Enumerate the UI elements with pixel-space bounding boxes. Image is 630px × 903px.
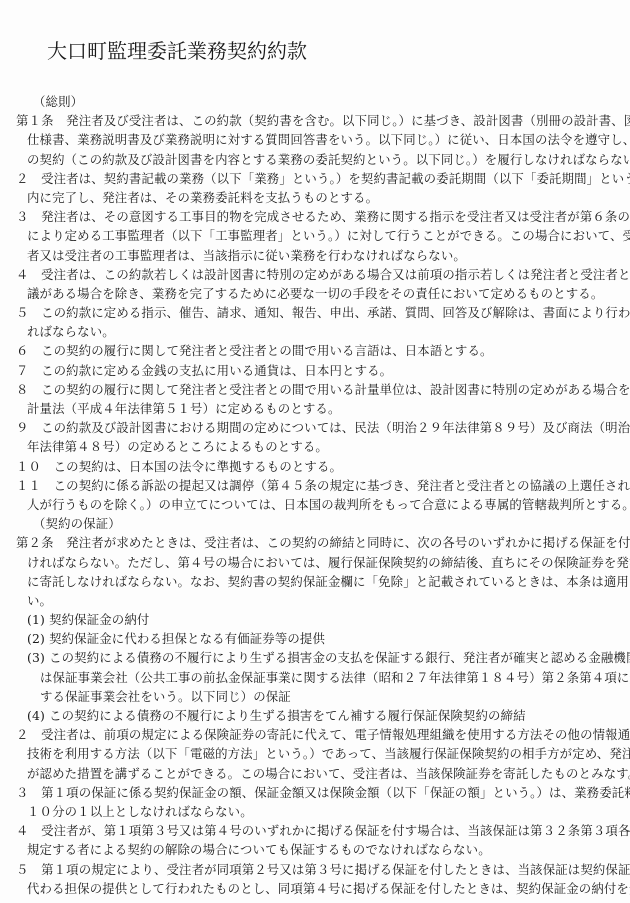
text-line: の契約（この約款及び設計図書を内容とする業務の委託契約という。以下同じ。）を履行… [0,150,630,169]
paragraph-line: ９ この約款及び設計図書における期間の定めについては、民法（明治２９年法律第８９… [0,418,630,437]
text-line: により定める工事監理者（以下「工事監理者」という。）に対して行うことができる。こ… [0,226,630,245]
text-line: １０分の１以上としなければならない。 [0,802,630,821]
text-line: 議がある場合を除き、業務を完了するために必要な一切の手段をその責任において定める… [0,284,630,303]
article-line: 第２条 発注者が求めたときは、受注者は、この契約の締結と同時に、次の各号のいずれ… [0,533,630,552]
paragraph-line: ２ 受注者は、契約書記載の業務（以下「業務」という。）を契約書記載の委託期間（以… [0,169,630,188]
paragraph-line: ５ この約款に定める指示、催告、請求、通知、報告、申出、承諾、質問、回答及び解除… [0,303,630,322]
text-line: 内に完了し、発注者は、その業務委託料を支払うものとする。 [0,188,630,207]
text-line: に寄託しなければならない。なお、契約書の契約保証金欄に「免除」と記載されていると… [0,572,630,591]
paragraph-line: ３ 発注者は、その意図する工事目的物を完成させるため、業務に関する指示を受注者又… [0,207,630,226]
text-line: 代わる担保の提供として行われたものとし、同項第４号に掲げる保証を付したときは、契… [0,879,630,898]
text-line: 規定する者による契約の解除の場合についても保証するものでなければならない。 [0,840,630,859]
list-item-line: (3) この契約による債務の不履行により生ずる損害金の支払を保証する銀行、発注者… [0,648,630,667]
document-body: （総則）第１条 発注者及び受注者は、この約款（契約書を含む。以下同じ。）に基づき… [0,92,630,898]
paragraph-line: ５ 第１項の規定により、受注者が同項第２号又は第３号に掲げる保証を付したときは、… [0,860,630,879]
paragraph-line: １１ この契約に係る訴訟の提起又は調停（第４５条の規定に基づき、発注者と受注者と… [0,476,630,495]
section-heading: （契約の保証） [0,514,630,533]
paragraph-line: ２ 受注者は、前項の規定による保険証券の寄託に代えて、電子情報処理組織を使用する… [0,725,630,744]
text-line: は保証事業会社（公共工事の前払金保証事業に関する法律（昭和２７年法律第１８４号）… [0,668,630,687]
text-line: 仕様書、業務説明書及び業務説明に対する質問回答書をいう。以下同じ。）に従い、日本… [0,130,630,149]
text-line: 年法律第４８号）の定めるところによるものとする。 [0,437,630,456]
document-title: 大口町監理委託業務契約約款 [47,38,307,64]
paragraph-line: １０ この契約は、日本国の法令に準拠するものとする。 [0,457,630,476]
article-line: 第１条 発注者及び受注者は、この約款（契約書を含む。以下同じ。）に基づき、設計図… [0,111,630,130]
list-item-line: (4) この契約による債務の不履行により生ずる損害をてん補する履行保証保険契約の… [0,706,630,725]
list-item-line: (1) 契約保証金の納付 [0,610,630,629]
text-line: する保証事業会社をいう。以下同じ）の保証 [0,687,630,706]
paragraph-line: ６ この契約の履行に関して発注者と受注者との間で用いる言語は、日本語とする。 [0,341,630,360]
text-line: い。 [0,591,630,610]
paragraph-line: ７ この約款に定める金銭の支払に用いる通貨は、日本円とする。 [0,361,630,380]
paragraph-line: ３ 第１項の保証に係る契約保証金の額、保証金額又は保険金額（以下「保証の額」とい… [0,783,630,802]
text-line: 計量法（平成４年法律第５１号）に定めるものとする。 [0,399,630,418]
text-line: が認めた措置を講ずることができる。この場合において、受注者は、当該保険証券を寄託… [0,764,630,783]
text-line: 技術を利用する方法（以下「電磁的方法」という。）であって、当該履行保証保険契約の… [0,744,630,763]
text-line: 人が行うものを除く。）の申立てについては、日本国の裁判所をもって合意による専属的… [0,495,630,514]
text-line: ればならない。 [0,322,630,341]
paragraph-line: ４ 受注者が、第１項第３号又は第４号のいずれかに掲げる保証を付す場合は、当該保証… [0,821,630,840]
document-page: 大口町監理委託業務契約約款 （総則）第１条 発注者及び受注者は、この約款（契約書… [0,0,630,903]
paragraph-line: ４ 受注者は、この約款若しくは設計図書に特別の定めがある場合又は前項の指示若しく… [0,265,630,284]
text-line: ければならない。ただし、第４号の場合においては、履行保証保険契約の締結後、直ちに… [0,553,630,572]
section-heading: （総則） [0,92,630,111]
text-line: 者又は受注者の工事監理者は、当該指示に従い業務を行わなければならない。 [0,246,630,265]
list-item-line: (2) 契約保証金に代わる担保となる有価証券等の提供 [0,629,630,648]
paragraph-line: ８ この契約の履行に関して発注者と受注者との間で用いる計量単位は、設計図書に特別… [0,380,630,399]
